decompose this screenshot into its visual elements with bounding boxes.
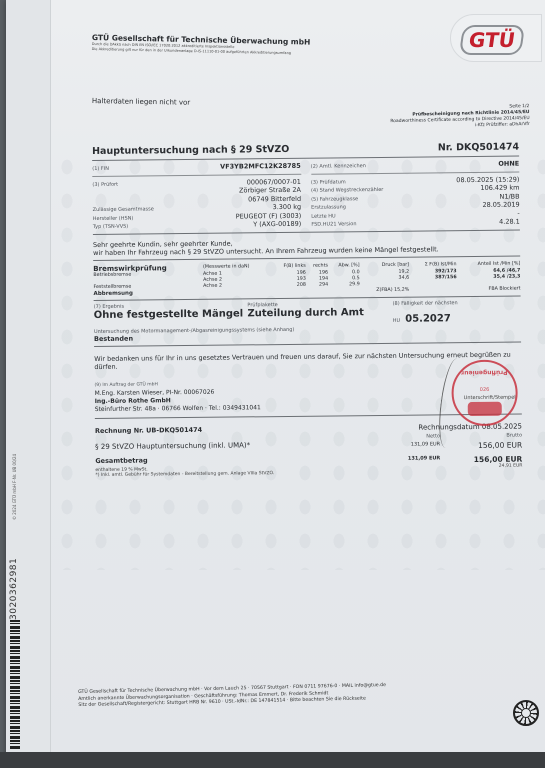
logo-badge: GTÜ <box>450 14 542 62</box>
result-value: Ohne festgestellte Mängel <box>94 308 248 321</box>
vehicle-data-left: (1) FINVF3YB2MFC12K28785(3) Prüfort00006… <box>92 162 311 231</box>
field-label: (3) Prüfort <box>92 181 118 187</box>
wheel-emblem-icon <box>513 700 539 726</box>
item-brutto: 156,00 EUR <box>466 440 522 450</box>
serial-number: 3020362981 <box>9 558 19 620</box>
total-label: Gesamtbetrag <box>95 456 147 465</box>
due-prefix: HU <box>393 317 400 323</box>
divider <box>92 173 300 176</box>
col-header: rechts <box>306 262 328 270</box>
field-value: PEUGEOT (F) (3003) <box>236 211 302 220</box>
field-label: (2) Amtl. Kennzeichen <box>311 163 366 170</box>
field-value: 000067/0007-01 <box>247 177 301 186</box>
customer-letter: Sehr geehrte Kundin, sehr geehrter Kunde… <box>93 236 520 256</box>
invoice-number: Rechnung Nr. UB-DKQ501474 <box>95 425 202 434</box>
field-value: - <box>517 209 519 217</box>
field-value: 28.05.2019 <box>482 201 519 209</box>
field-value: VF3YB2MFC12K28785 <box>220 162 301 171</box>
table-surface <box>0 752 545 768</box>
brake-test-table: Bremswirkprüfung (Messwerte in daN) F(B)… <box>93 260 520 296</box>
result-section: (7) Ergebnis Ohne festgestellte Mängel P… <box>94 299 521 328</box>
holder-note: Halterdaten liegen nicht vor <box>92 97 190 107</box>
brutto-header: Brutto <box>466 432 522 439</box>
field-label: (1) FIN <box>92 166 109 172</box>
field-label: Hersteller (HSN) <box>93 215 134 221</box>
vat-value: 24,91 EUR <box>499 463 523 468</box>
vehicle-field: (1) FINVF3YB2MFC12K28785 <box>92 162 301 173</box>
field-label: (4) Stand Wegstreckenzähler <box>311 187 383 194</box>
invoice-item: § 29 StVZO Hauptuntersuchung (inkl. UMA)… <box>95 441 250 451</box>
vehicle-data-right: (2) Amtl. KennzeichenOHNE(3) Prüfdatum08… <box>311 160 520 229</box>
due-block: (8) Fälligkeit der nächsten HU 05.2027 <box>393 299 521 325</box>
field-label: (5) Fahrzeugklasse <box>311 196 358 202</box>
total-netto: 131,09 EUR <box>390 455 440 465</box>
field-label: (3) Prüfdatum <box>311 179 346 185</box>
field-label: FSD.HU21 Version <box>311 221 356 227</box>
field-label: Zulässige Gesamtmasse <box>93 206 154 213</box>
item-netto: 131,09 EUR <box>390 441 440 451</box>
gtu-logo: GTÜ <box>459 25 525 55</box>
field-value: 106.429 km <box>480 184 519 192</box>
left-margin-strip: © 2024 GTÜ mbH F-Nr. UB 00/24 3020362981 <box>6 0 51 760</box>
field-label: Erstzulassung <box>311 204 346 210</box>
signature-block: (9) Im Auftrag der GTÜ mbH M.Eng. Karste… <box>94 377 521 413</box>
divider <box>94 341 521 346</box>
field-value: N1/BB <box>499 192 519 200</box>
field-value: Zörbiger Straße 2A <box>239 186 301 195</box>
certificate-body: Hauptuntersuchung nach § 29 StVZO Nr. DK… <box>92 142 522 478</box>
vehicle-data: (1) FINVF3YB2MFC12K28785(3) Prüfort00006… <box>92 160 520 231</box>
fba-note: FBA Blockiert <box>457 286 521 293</box>
due-value: 05.2027 <box>405 313 451 324</box>
field-label: Typ (TSN-VVS) <box>93 224 128 230</box>
vehicle-field: FSD.HU21 Version4.28.1 <box>311 218 520 229</box>
brake-test-section: Bremswirkprüfung (Messwerte in daN) F(B)… <box>93 260 520 296</box>
field-value: OHNE <box>498 160 519 168</box>
vehicle-field: (2) Amtl. KennzeichenOHNE <box>311 160 520 171</box>
field-label: Letzte HU <box>311 213 335 219</box>
official-stamp: Prüfingenieur 026 <box>451 359 518 426</box>
field-value: Y (AXG-00189) <box>253 220 301 229</box>
vehicle-field: Typ (TSN-VVS)Y (AXG-00189) <box>93 220 302 231</box>
divider <box>311 171 519 174</box>
abbremsung-label: Abbremsung <box>94 289 204 296</box>
invoice-date: Rechnungsdatum 08.05.2025 <box>418 422 522 431</box>
abbremsung-value: Z(FBA) 15,2% <box>360 287 410 294</box>
stamp-logo <box>468 401 502 415</box>
netto-header: Netto <box>390 433 440 440</box>
plakette-value: Zuteilung durch Amt <box>247 306 392 319</box>
document-title: Hauptuntersuchung nach § 29 StVZO <box>92 144 289 157</box>
field-value: 4.28.1 <box>499 218 520 226</box>
barcode <box>10 620 20 750</box>
divider <box>93 255 520 260</box>
document-number: Nr. DKQ501474 <box>438 142 519 154</box>
stamp-text: Prüfingenieur <box>453 367 515 376</box>
stamp-number: 026 <box>454 385 516 394</box>
result-block: (7) Ergebnis Ohne festgestellte Mängel <box>94 302 248 329</box>
certificate-meta: Seite 1/2 Prüfbescheinigung nach Richtli… <box>390 104 530 131</box>
field-value: 3.300 kg <box>273 203 302 211</box>
copyright-note: © 2024 GTÜ mbH F-Nr. UB 00/24 <box>12 454 17 520</box>
invoice-section: Rechnung Nr. UB-DKQ501474 Rechnungsdatum… <box>95 422 523 477</box>
divider <box>93 229 520 234</box>
plakette-block: Prüfplakette Zuteilung durch Amt <box>247 300 392 327</box>
field-value: 06749 Bitterfeld <box>248 194 301 203</box>
field-value: 08.05.2025 (15:29) <box>456 175 519 184</box>
